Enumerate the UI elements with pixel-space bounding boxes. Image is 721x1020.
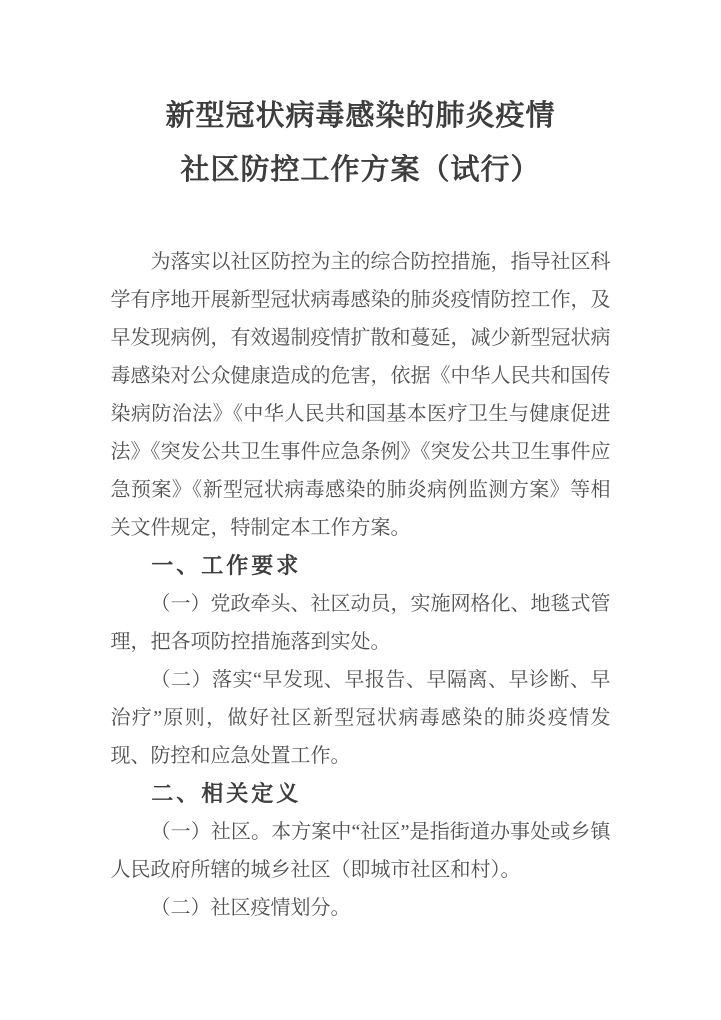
document-page: 新型冠状病毒感染的肺炎疫情 社区防控工作方案（试行） 为落实以社区防控为主的综合… [0, 0, 721, 1020]
section2-item1-paragraph: （一）社区。本方案中“社区”是指街道办事处或乡镇人民政府所辖的城乡社区（即城市社… [111, 813, 611, 889]
section1-item1-paragraph: （一）党政牵头、社区动员，实施网格化、地毯式管理，把各项防控措施落到实处。 [111, 585, 611, 661]
section1-heading: 一、工作要求 [111, 547, 611, 585]
section1-item2-paragraph: （二）落实“早发现、早报告、早隔离、早诊断、早治疗”原则，做好社区新型冠状病毒感… [111, 661, 611, 775]
section2-heading: 二、相关定义 [111, 775, 611, 813]
document-title: 新型冠状病毒感染的肺炎疫情 社区防控工作方案（试行） [0, 0, 721, 197]
document-body: 为落实以社区防控为主的综合防控措施，指导社区科学有序地开展新型冠状病毒感染的肺炎… [111, 243, 611, 927]
document-title-line1: 新型冠状病毒感染的肺炎疫情 [0, 89, 721, 143]
document-title-line2: 社区防控工作方案（试行） [0, 143, 721, 197]
intro-paragraph: 为落实以社区防控为主的综合防控措施，指导社区科学有序地开展新型冠状病毒感染的肺炎… [111, 243, 611, 547]
section2-item2-paragraph: （二）社区疫情划分。 [111, 889, 611, 927]
